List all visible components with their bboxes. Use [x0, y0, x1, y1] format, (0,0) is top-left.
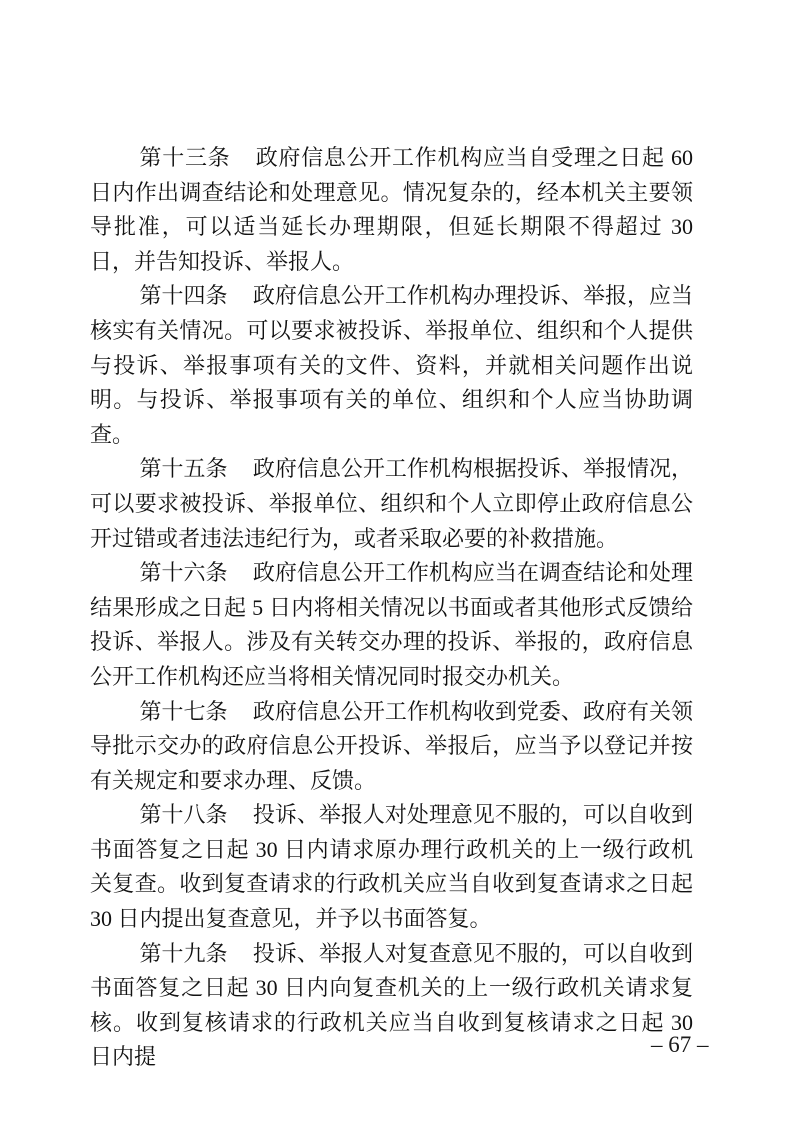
article-paragraph: 第十三条政府信息公开工作机构应当自受理之日起 60 日内作出调查结论和处理意见。…: [90, 141, 693, 279]
article-paragraph: 第十八条投诉、举报人对处理意见不服的，可以自收到书面答复之日起 30 日内请求原…: [90, 798, 693, 936]
article-number: 第十六条: [140, 560, 228, 585]
article-paragraph: 第十五条政府信息公开工作机构根据投诉、举报情况，可以要求被投诉、举报单位、组织和…: [90, 452, 693, 556]
article-number: 第十四条: [140, 283, 228, 308]
article-number: 第十九条: [140, 941, 228, 966]
page-number-text: – 67 –: [651, 1032, 709, 1057]
article-paragraph: 第十六条政府信息公开工作机构应当在调查结论和处理结果形成之日起 5 日内将相关情…: [90, 556, 693, 694]
page-number: – 67 –: [628, 1006, 709, 1084]
article-paragraph: 第十七条政府信息公开工作机构收到党委、政府有关领导批示交办的政府信息公开投诉、举…: [90, 695, 693, 799]
document-page: 第十三条政府信息公开工作机构应当自受理之日起 60 日内作出调查结论和处理意见。…: [0, 0, 793, 1122]
article-number: 第十七条: [140, 699, 228, 724]
article-text-block: 第十三条政府信息公开工作机构应当自受理之日起 60 日内作出调查结论和处理意见。…: [90, 141, 693, 1075]
article-paragraph: 第十九条投诉、举报人对复查意见不服的，可以自收到书面答复之日起 30 日内向复查…: [90, 937, 693, 1075]
article-number: 第十八条: [140, 802, 228, 827]
article-number: 第十五条: [140, 456, 228, 481]
article-number: 第十三条: [140, 145, 231, 170]
article-paragraph: 第十四条政府信息公开工作机构办理投诉、举报，应当核实有关情况。可以要求被投诉、举…: [90, 279, 693, 452]
